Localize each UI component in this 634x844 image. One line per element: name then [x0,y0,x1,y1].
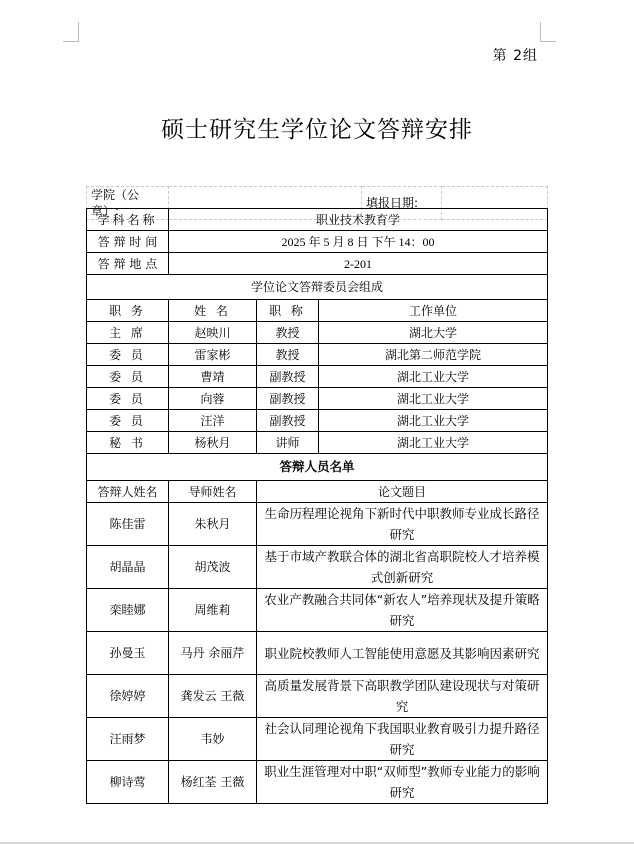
committee-row: 委 员 向蓉 副教授 湖北工业大学 [87,388,548,410]
committee-title: 教授 [257,344,319,366]
committee-title: 讲师 [257,432,319,454]
advisor-name: 马丹 余丽芹 [169,632,257,675]
committee-section-title: 学位论文答辩委员会组成 [87,275,548,300]
committee-unit: 湖北工业大学 [319,388,548,410]
thesis-topic: 基于市域产教联合体的湖北省高职院校人才培养模式创新研究 [257,546,548,589]
committee-title: 副教授 [257,366,319,388]
students-section-row: 答辩人员名单 [87,454,548,481]
committee-role: 秘 书 [87,432,169,454]
page-corner-mark-right [540,22,556,42]
discipline-label: 学科名称 [87,209,169,231]
committee-title: 副教授 [257,388,319,410]
student-name: 胡晶晶 [87,546,169,589]
student-row: 汪雨梦 韦妙 社会认同理论视角下我国职业教育吸引力提升路径研究 [87,718,548,761]
col-header-advisor: 导师姓名 [169,481,257,503]
committee-row: 主 席 赵映川 教授 湖北大学 [87,322,548,344]
student-row: 柳诗莺 杨红荃 王薇 职业生涯管理对中职“双师型”教师专业能力的影响研究 [87,761,548,804]
thesis-topic: 社会认同理论视角下我国职业教育吸引力提升路径研究 [257,718,548,761]
advisor-name: 胡茂波 [169,546,257,589]
advisor-name: 朱秋月 [169,503,257,546]
student-row: 孙曼玉 马丹 余丽芹 职业院校教师人工智能使用意愿及其影响因素研究 [87,632,548,675]
col-header-topic: 论文题目 [257,481,548,503]
defense-schedule-table: 学科名称 职业技术教育学 答 辩 时 间 2025 年 5 月 8 日 下午 1… [86,208,548,804]
committee-role: 委 员 [87,366,169,388]
committee-name: 杨秋月 [169,432,257,454]
committee-unit: 湖北第二师范学院 [319,344,548,366]
committee-title: 副教授 [257,410,319,432]
committee-unit: 湖北大学 [319,322,548,344]
place-row: 答 辩 地 点 2-201 [87,253,548,275]
student-name: 栾睦娜 [87,589,169,632]
committee-name: 向蓉 [169,388,257,410]
thesis-topic: 职业生涯管理对中职“双师型”教师专业能力的影响研究 [257,761,548,804]
committee-unit: 湖北工业大学 [319,432,548,454]
committee-name: 汪洋 [169,410,257,432]
time-label: 答 辩 时 间 [87,231,169,253]
place-label: 答 辩 地 点 [87,253,169,275]
col-header-name: 姓 名 [169,300,257,322]
col-header-title: 职 称 [257,300,319,322]
student-name: 陈佳雷 [87,503,169,546]
time-row: 答 辩 时 间 2025 年 5 月 8 日 下午 14：00 [87,231,548,253]
discipline-row: 学科名称 职业技术教育学 [87,209,548,231]
committee-row: 委 员 雷家彬 教授 湖北第二师范学院 [87,344,548,366]
advisor-name: 杨红荃 王薇 [169,761,257,804]
place-value: 2-201 [169,253,548,275]
committee-role: 委 员 [87,344,169,366]
committee-name: 雷家彬 [169,344,257,366]
committee-role: 委 员 [87,410,169,432]
committee-role: 主 席 [87,322,169,344]
committee-name: 赵映川 [169,322,257,344]
page-corner-mark-left [63,22,79,42]
committee-role: 委 员 [87,388,169,410]
committee-header-row: 职 务 姓 名 职 称 工作单位 [87,300,548,322]
committee-row: 委 员 汪洋 副教授 湖北工业大学 [87,410,548,432]
advisor-name: 韦妙 [169,718,257,761]
col-header-student: 答辩人姓名 [87,481,169,503]
advisor-name: 龚发云 王薇 [169,675,257,718]
col-header-unit: 工作单位 [319,300,548,322]
committee-section-row: 学位论文答辩委员会组成 [87,275,548,300]
thesis-topic: 生命历程理论视角下新时代中职教师专业成长路径研究 [257,503,548,546]
student-name: 徐婷婷 [87,675,169,718]
students-section-title: 答辩人员名单 [87,454,548,481]
student-row: 胡晶晶 胡茂波 基于市域产教联合体的湖北省高职院校人才培养模式创新研究 [87,546,548,589]
committee-unit: 湖北工业大学 [319,366,548,388]
committee-name: 曹靖 [169,366,257,388]
time-value: 2025 年 5 月 8 日 下午 14：00 [169,231,548,253]
students-header-row: 答辩人姓名 导师姓名 论文题目 [87,481,548,503]
student-name: 孙曼玉 [87,632,169,675]
page-title: 硕士研究生学位论文答辩安排 [0,111,634,144]
committee-unit: 湖北工业大学 [319,410,548,432]
committee-row: 秘 书 杨秋月 讲师 湖北工业大学 [87,432,548,454]
discipline-value: 职业技术教育学 [169,209,548,231]
col-header-role: 职 务 [87,300,169,322]
student-name: 柳诗莺 [87,761,169,804]
thesis-topic: 农业产教融合共同体“新农人”培养现状及提升策略研究 [257,589,548,632]
student-row: 陈佳雷 朱秋月 生命历程理论视角下新时代中职教师专业成长路径研究 [87,503,548,546]
advisor-name: 周维莉 [169,589,257,632]
student-name: 汪雨梦 [87,718,169,761]
thesis-topic: 职业院校教师人工智能使用意愿及其影响因素研究 [257,632,548,675]
committee-row: 委 员 曹靖 副教授 湖北工业大学 [87,366,548,388]
group-label: 第 2组 [493,45,538,65]
student-row: 徐婷婷 龚发云 王薇 高质量发展背景下高职教学团队建设现状与对策研究 [87,675,548,718]
thesis-topic: 高质量发展背景下高职教学团队建设现状与对策研究 [257,675,548,718]
committee-title: 教授 [257,322,319,344]
student-row: 栾睦娜 周维莉 农业产教融合共同体“新农人”培养现状及提升策略研究 [87,589,548,632]
